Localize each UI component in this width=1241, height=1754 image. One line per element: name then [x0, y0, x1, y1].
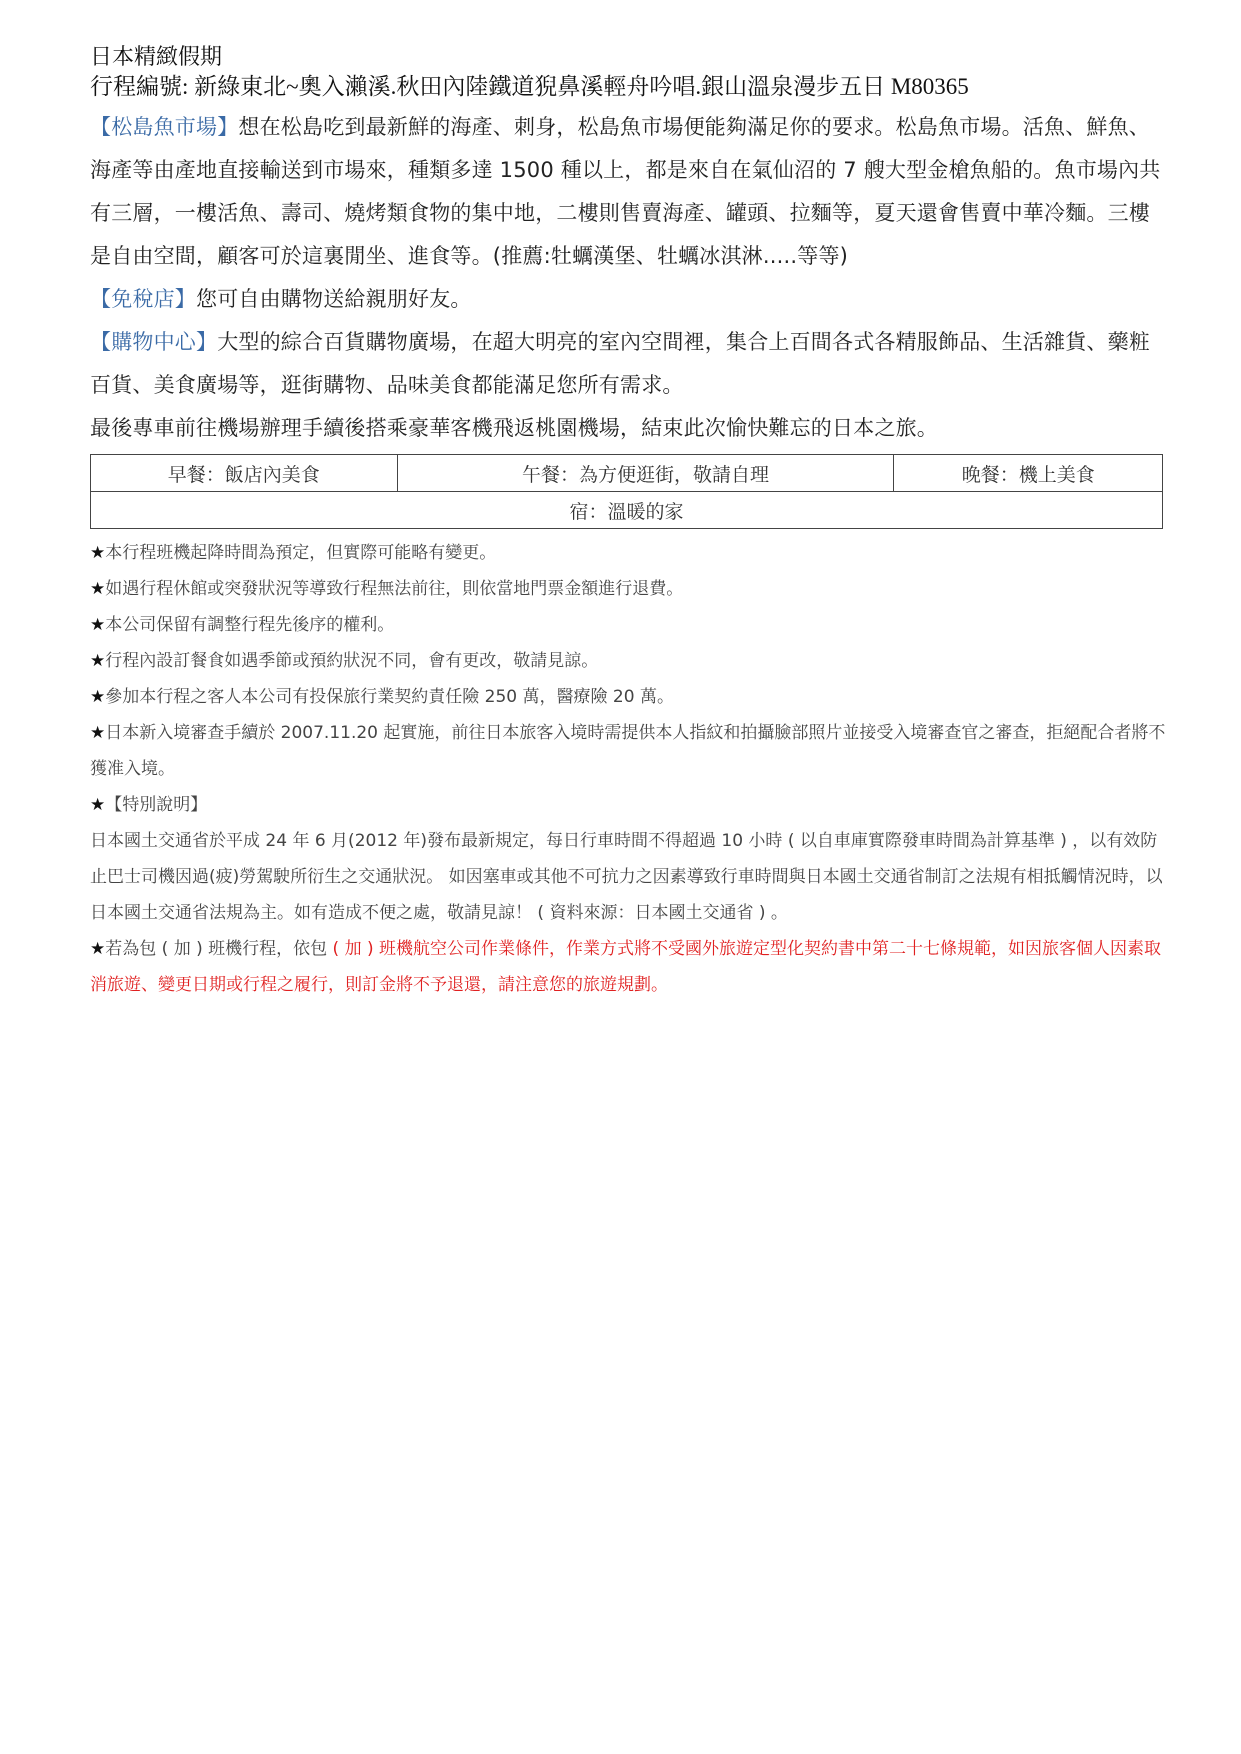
meal-row: 早餐：飯店內美食 午餐：為方便逛街，敬請自理 晚餐：機上美食 — [91, 455, 1163, 492]
notes-list: ★本行程班機起降時間為預定，但實際可能略有變更。 ★如遇行程休館或突發狀況等導致… — [90, 535, 1170, 1003]
star-icon: ★ — [90, 687, 105, 707]
note-item: ★參加本行程之客人本公司有投保旅行業契約責任險 250 萬，醫療險 20 萬。 — [90, 679, 1170, 715]
section-duty-free: 【免稅店】您可自由購物送給親朋好友。 — [90, 278, 1170, 321]
dinner-cell: 晚餐：機上美食 — [894, 455, 1163, 492]
lodging-row: 宿：溫暖的家 — [91, 492, 1163, 529]
itinerary-page: 日本精緻假期 行程編號: 新綠東北~奧入瀨溪.秋田內陸鐵道猊鼻溪輕舟吟唱.銀山溫… — [90, 42, 1170, 1003]
section-body: 想在松島吃到最新鮮的海產、刺身，松島魚市場便能夠滿足你的要求。松島魚市場。活魚、… — [90, 115, 1161, 268]
section-shopping-center: 【購物中心】大型的綜合百貨購物廣場，在超大明亮的室內空間裡，集合上百間各式各精服… — [90, 321, 1170, 407]
section-title: 【松島魚市場】 — [90, 115, 238, 139]
star-icon: ★ — [90, 579, 105, 599]
section-title: 【免稅店】 — [90, 287, 196, 311]
section-title: 【購物中心】 — [90, 330, 217, 354]
closing-text: 最後專車前往機場辦理手續後搭乘豪華客機飛返桃園機場，結束此次愉快難忘的日本之旅。 — [90, 407, 1170, 450]
note-item: ★如遇行程休館或突發狀況等導致行程無法前往，則依當地門票金額進行退費。 — [90, 571, 1170, 607]
star-icon: ★ — [90, 615, 105, 635]
note-item: ★日本新入境審查手續於 2007.11.20 起實施，前往日本旅客入境時需提供本… — [90, 715, 1170, 787]
lunch-cell: 午餐：為方便逛街，敬請自理 — [397, 455, 894, 492]
breakfast-cell: 早餐：飯店內美食 — [91, 455, 398, 492]
company-name: 日本精緻假期 — [90, 42, 1170, 72]
section-body: 大型的綜合百貨購物廣場，在超大明亮的室內空間裡，集合上百間各式各精服飾品、生活雜… — [90, 330, 1150, 397]
star-icon: ★ — [90, 543, 105, 563]
star-icon: ★ — [90, 723, 105, 743]
section-body: 您可自由購物送給親朋好友。 — [196, 287, 472, 311]
note-item: ★本行程班機起降時間為預定，但實際可能略有變更。 — [90, 535, 1170, 571]
star-icon: ★ — [90, 939, 105, 959]
note-item: ★行程內設訂餐食如遇季節或預約狀況不同，會有更改，敬請見諒。 — [90, 643, 1170, 679]
charter-note-normal: 若為包 ( 加 ) 班機行程，依包 — [105, 939, 327, 959]
special-note-title: ★【特別說明】 — [90, 787, 1170, 823]
charter-flight-note: ★若為包 ( 加 ) 班機行程，依包 ( 加 ) 班機航空公司作業條件，作業方式… — [90, 931, 1170, 1003]
star-icon: ★ — [90, 651, 105, 671]
star-icon: ★ — [90, 795, 105, 815]
lodging-cell: 宿：溫暖的家 — [91, 492, 1163, 529]
tour-code-title: 行程編號: 新綠東北~奧入瀨溪.秋田內陸鐵道猊鼻溪輕舟吟唱.銀山溫泉漫步五日 M… — [90, 72, 1170, 102]
meal-table: 早餐：飯店內美食 午餐：為方便逛街，敬請自理 晚餐：機上美食 宿：溫暖的家 — [90, 454, 1163, 529]
note-item: ★本公司保留有調整行程先後序的權利。 — [90, 607, 1170, 643]
special-note-body: 日本國土交通省於平成 24 年 6 月(2012 年)發布最新規定，每日行車時間… — [90, 823, 1170, 931]
section-matsushima-fish-market: 【松島魚市場】想在松島吃到最新鮮的海產、刺身，松島魚市場便能夠滿足你的要求。松島… — [90, 106, 1170, 278]
